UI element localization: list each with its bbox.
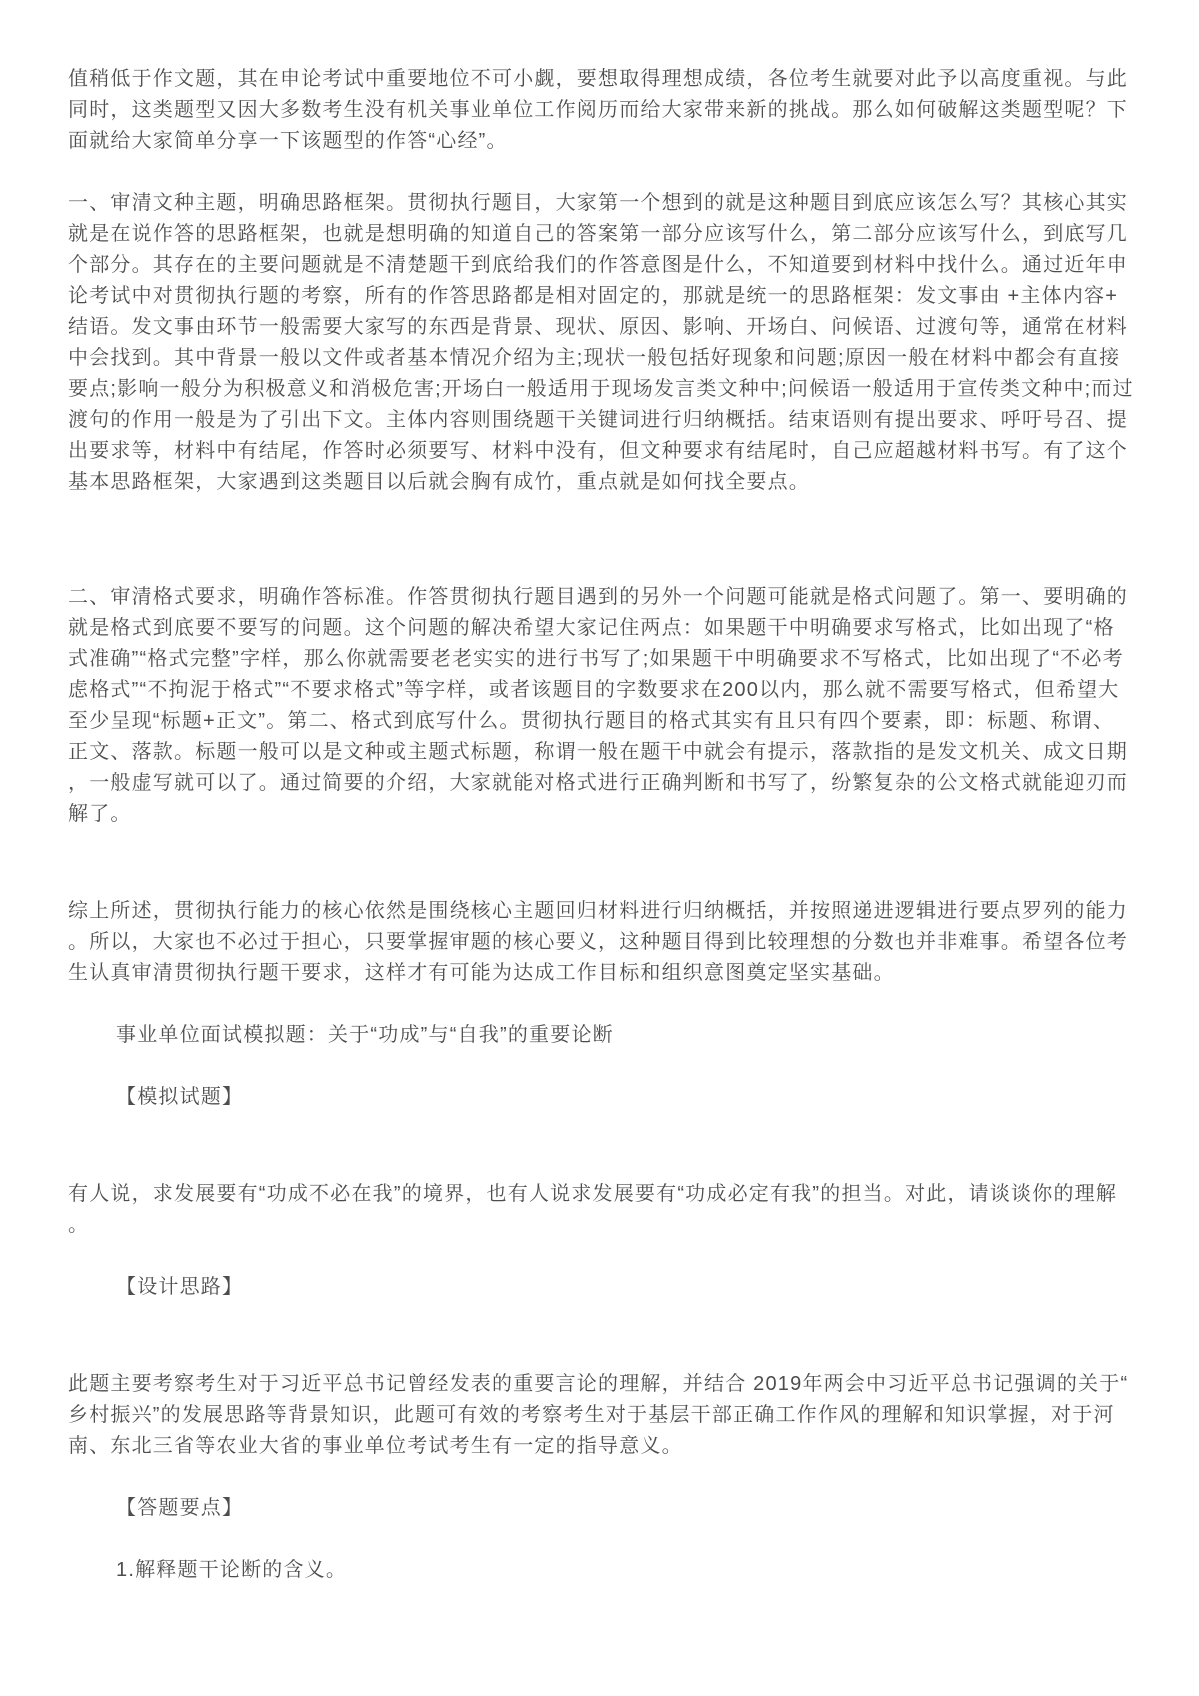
summary-paragraph: 综上所述，贯彻执行能力的核心依然是围绕核心主题回归材料进行归纳概括，并按照递进逻… — [68, 896, 1135, 989]
intro-paragraph: 值稍低于作文题，其在申论考试中重要地位不可小觑，要想取得理想成绩，各位考生就要对… — [68, 64, 1135, 157]
label-mock-question: 【模拟试题】 — [68, 1082, 1135, 1113]
mock-question-paragraph: 有人说，求发展要有“功成不必在我”的境界，也有人说求发展要有“功成必定有我”的担… — [68, 1179, 1135, 1241]
answer-point-1: 1.解释题干论断的含义。 — [68, 1555, 1135, 1586]
section-2-paragraph: 二、审清格式要求，明确作答标准。作答贯彻执行题目遇到的另外一个问题可能就是格式问… — [68, 582, 1135, 830]
article-page: 值稍低于作文题，其在申论考试中重要地位不可小觑，要想取得理想成绩，各位考生就要对… — [0, 0, 1199, 1696]
interview-topic-title: 事业单位面试模拟题：关于“功成”与“自我”的重要论断 — [68, 1020, 1135, 1051]
section-1-paragraph: 一、审清文种主题，明确思路框架。贯彻执行题目，大家第一个想到的就是这种题目到底应… — [68, 188, 1135, 498]
label-design-idea: 【设计思路】 — [68, 1272, 1135, 1303]
label-answer-points: 【答题要点】 — [68, 1493, 1135, 1524]
design-idea-paragraph: 此题主要考察考生对于习近平总书记曾经发表的重要言论的理解，并结合 2019年两会… — [68, 1369, 1135, 1462]
